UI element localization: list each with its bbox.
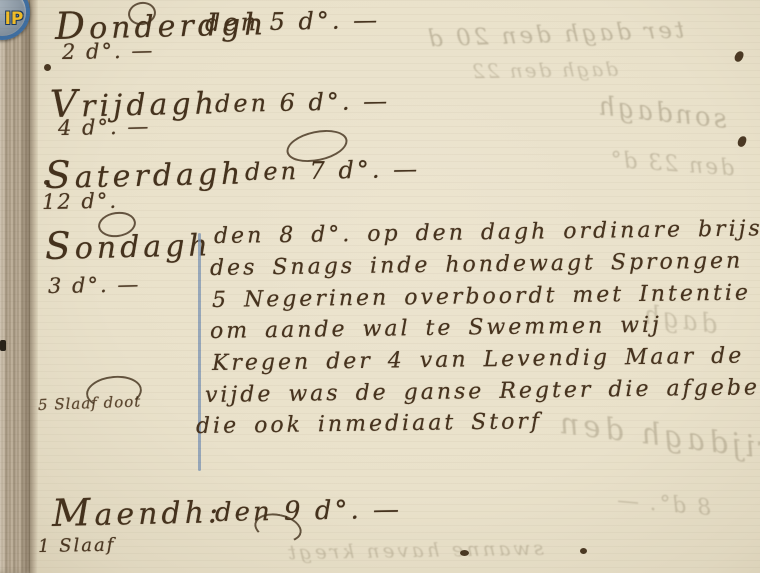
entry-date-label: den 7 d°. —: [245, 155, 421, 186]
book-edge: [0, 0, 30, 573]
journal-body-line: om aande wal te Swemmen wij: [210, 313, 662, 344]
entry-date-label: den 5 d°. —: [205, 6, 381, 37]
journal-body-line: vijde was de ganse Regter die afgebet: [205, 375, 760, 408]
bleedthrough-text: swanne haven kregt: [285, 536, 544, 565]
bleedthrough-text: sondagh: [594, 91, 729, 135]
entry-date-label: den 9 d°. —: [215, 495, 403, 528]
margin-count-label: 2 d°. —: [62, 38, 155, 64]
bleedthrough-text: 8 d°. —: [614, 488, 712, 521]
book-edge-groove: [30, 0, 38, 573]
ink-speck: [0, 340, 6, 351]
margin-count-label: 4 d°. —: [58, 114, 151, 140]
ink-speck: [460, 550, 469, 556]
margin-count-label: 12 d°.: [42, 189, 118, 214]
margin-count-label: 3 d°. —: [48, 272, 141, 298]
entry-date-label: den 6 d°. —: [215, 87, 391, 118]
badge-text: IP: [5, 9, 24, 29]
ink-speck: [44, 64, 51, 71]
ink-speck: [737, 135, 748, 148]
bleedthrough-text: ter dagh den 20 d: [425, 17, 685, 52]
journal-body-line: die ook inmediaat Storf: [196, 409, 542, 439]
ink-speck: [580, 548, 587, 554]
entry-day-label: Maendh:: [52, 487, 223, 535]
bleedthrough-text: den 23 d°: [607, 148, 735, 182]
bleedthrough-text: dagh den 22: [470, 57, 618, 84]
manuscript-scan-page: ter dagh den 20 d dagh den 22 sondagh de…: [0, 0, 760, 573]
bleedthrough-text: vrijdagh den: [554, 406, 760, 470]
ink-speck: [44, 180, 49, 185]
journal-body-line: den 8 d°. op den dagh ordinare brijse: [214, 216, 760, 249]
journal-body-line: Kregen der 4 van Levendig Maar de: [212, 344, 745, 376]
journal-body-line: des Snags inde hondewagt Sprongen: [210, 249, 744, 281]
margin-count-label: 1 Slaaf: [38, 535, 116, 557]
ink-speck: [733, 50, 744, 63]
